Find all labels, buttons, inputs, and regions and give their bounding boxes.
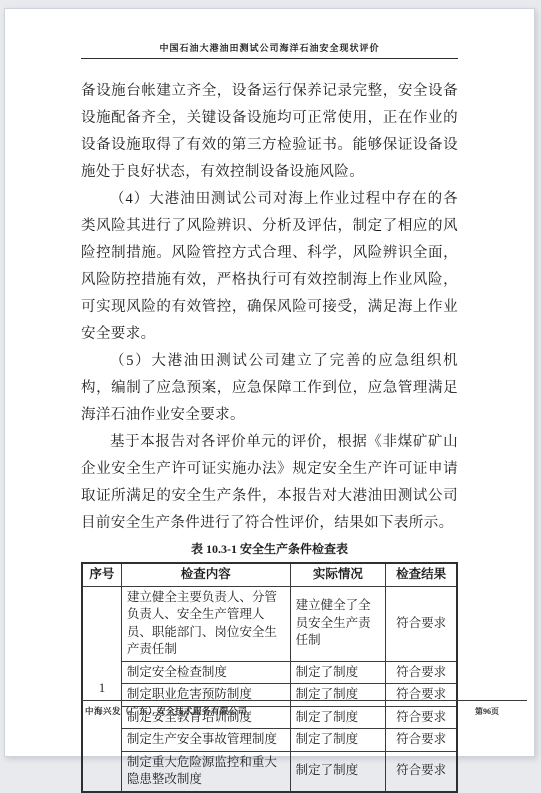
table-row: 制定生产安全事故管理制度制定了制度符合要求 (82, 729, 457, 752)
cell-actual: 制定了制度 (290, 661, 386, 684)
table-head: 序号 检查内容 实际情况 检查结果 (82, 563, 457, 586)
table-row: 1建立健全主要负责人、分管负责人、安全生产管理人员、职能部门、岗位安全生产责任制… (82, 586, 457, 661)
document-page: 中国石油大港油田测试公司海洋石油安全现状评价 备设施台帐建立齐全，设备运行保养记… (4, 8, 535, 757)
page-footer: 中海兴发（广东）安全技术服务有限公司 第96页 (81, 700, 527, 717)
cell-result: 符合要求 (386, 751, 457, 763)
cell-actual: 制定了制度 (290, 729, 386, 752)
paragraph-1: 备设施台帐建立齐全，设备运行保养记录完整，安全设备设施配备齐全，关键设备设施均可… (81, 78, 458, 186)
table-row: 制定重大危险源监控和重大隐患整改制度制定了制度符合要求 (82, 751, 457, 763)
header-cell-content: 检查内容 (121, 563, 290, 586)
cell-actual: 建立健全了全员安全生产责任制 (290, 586, 386, 661)
header-cell-no: 序号 (82, 563, 121, 586)
cell-content: 建立健全主要负责人、分管负责人、安全生产管理人员、职能部门、岗位安全生产责任制 (121, 586, 290, 661)
table-header-row: 序号 检查内容 实际情况 检查结果 (82, 563, 457, 586)
cell-result: 符合要求 (386, 729, 457, 752)
table-body: 1建立健全主要负责人、分管负责人、安全生产管理人员、职能部门、岗位安全生产责任制… (82, 586, 457, 763)
cell-content: 制定生产安全事故管理制度 (121, 729, 290, 752)
cell-content: 制定安全检查制度 (121, 661, 290, 684)
table-row: 制定安全检查制度制定了制度符合要求 (82, 661, 457, 684)
cell-content: 制定重大危险源监控和重大隐患整改制度 (121, 751, 290, 763)
paragraph-2: （4）大港油田测试公司对海上作业过程中存在的各类风险其进行了风险辨识、分析及评估… (81, 186, 458, 348)
cell-actual: 制定了制度 (290, 751, 386, 763)
header-cell-result: 检查结果 (386, 563, 457, 586)
row-group-number: 1 (82, 586, 121, 763)
paragraph-4: 基于本报告对各评价单元的评价，根据《非煤矿矿山企业安全生产许可证实施办法》规定安… (81, 429, 458, 537)
safety-condition-check-table: 序号 检查内容 实际情况 检查结果 1建立健全主要负责人、分管负责人、安全生产管… (81, 562, 458, 763)
page-content: 中国石油大港油田测试公司海洋石油安全现状评价 备设施台帐建立齐全，设备运行保养记… (81, 43, 458, 763)
cell-result: 符合要求 (386, 661, 457, 684)
footer-page-number: 第96页 (475, 706, 527, 717)
page-header: 中国石油大港油田测试公司海洋石油安全现状评价 (81, 43, 458, 59)
footer-company-name: 中海兴发（广东）安全技术服务有限公司 (81, 705, 247, 717)
header-cell-actual: 实际情况 (290, 563, 386, 586)
paragraph-3: （5）大港油田测试公司建立了完善的应急组织机构，编制了应急预案，应急保障工作到位… (81, 348, 458, 429)
table-caption: 表 10.3-1 安全生产条件检查表 (81, 541, 458, 557)
cell-result: 符合要求 (386, 586, 457, 661)
body-paragraphs: 备设施台帐建立齐全，设备运行保养记录完整，安全设备设施配备齐全，关键设备设施均可… (81, 78, 458, 537)
header-title: 中国石油大港油田测试公司海洋石油安全现状评价 (159, 43, 379, 53)
